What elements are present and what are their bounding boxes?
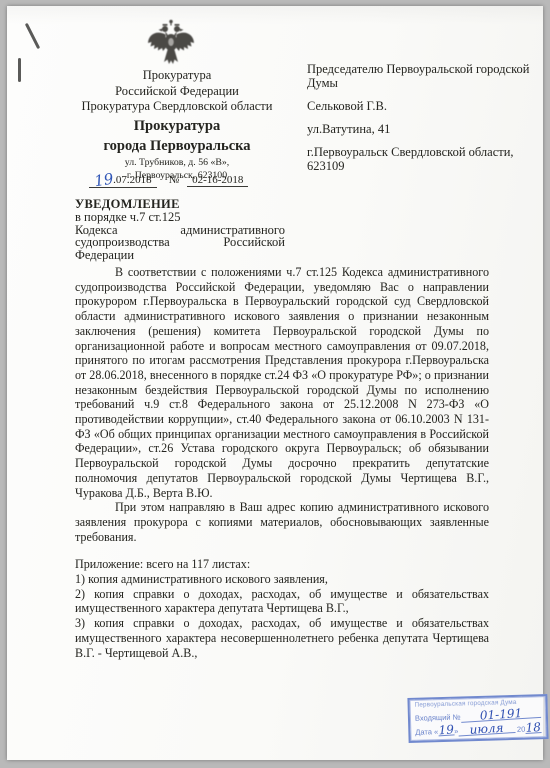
sender-org-line: Прокуратура xyxy=(55,68,299,84)
attachment-item: 1) копия административного искового заяв… xyxy=(75,572,489,587)
attachments-list: Приложение: всего на 117 листах: 1) копи… xyxy=(75,557,489,660)
stamp-org-name: Первоуральская городская Дума xyxy=(415,698,541,709)
attachment-item: 3) копия справки о доходах, расходах, об… xyxy=(75,616,489,660)
ref-date: .07.2018 xyxy=(113,174,152,186)
stamp-incoming-label: Входящий № xyxy=(415,712,461,722)
recipient-block: Председателю Первоуральской городской Ду… xyxy=(307,62,535,182)
handwritten-day: 19 xyxy=(93,170,114,190)
sender-name-line: Прокуратура xyxy=(55,117,299,135)
scanned-document: Прокуратура Российской Федерации Прокура… xyxy=(0,0,550,768)
recipient-city: г.Первоуральск Свердловской области, 623… xyxy=(307,145,535,173)
document-body: В соответствии с положениями ч.7 ст.125 … xyxy=(75,265,489,660)
attachment-item: 2) копия справки о доходах, расходах, об… xyxy=(75,587,489,616)
recipient-name: Сельковой Г.В. xyxy=(307,99,535,113)
title-word: УВЕДОМЛЕНИЕ xyxy=(75,198,285,211)
attachments-heading: Приложение: всего на 117 листах: xyxy=(75,557,489,572)
body-paragraph-1: В соответствии с положениями ч.7 ст.125 … xyxy=(75,265,489,500)
ref-number: 02-16-2018 xyxy=(187,174,248,187)
title-basis: в порядке ч.7 ст.125 xyxy=(75,211,285,224)
stamp-date-day-handwritten: 19 xyxy=(438,725,455,736)
stamp-year-handwritten: 18 xyxy=(525,723,542,734)
document-title: УВЕДОМЛЕНИЕ в порядке ч.7 ст.125 Кодекса… xyxy=(75,198,285,262)
number-sign: № xyxy=(169,174,180,186)
sender-org-line: Российской Федерации xyxy=(55,84,299,100)
incoming-registration-stamp: Первоуральская городская Дума Входящий №… xyxy=(407,694,548,743)
reference-line: 19.07.2018№02-16-2018 xyxy=(89,169,248,188)
stamp-date-month-handwritten: июля xyxy=(458,723,515,737)
pen-mark-vertical xyxy=(18,58,21,82)
sender-name-line: города Первоуральска xyxy=(55,137,299,155)
stamp-date-label: Дата « xyxy=(415,727,438,737)
recipient-street: ул.Ватутина, 41 xyxy=(307,122,535,136)
sender-letterhead: Прокуратура Российской Федерации Прокура… xyxy=(55,68,299,182)
document-page: Прокуратура Российской Федерации Прокура… xyxy=(7,6,543,760)
title-code: Кодекса административного судопроизводст… xyxy=(75,224,285,262)
body-paragraph-2: При этом направляю в Ваш адрес копию адм… xyxy=(75,500,489,544)
pen-mark-diagonal xyxy=(25,23,40,49)
sender-org-line: Прокуратура Свердловской области xyxy=(55,99,299,115)
coat-of-arms-icon xyxy=(146,18,196,68)
recipient-title: Председателю Первоуральской городской Ду… xyxy=(307,62,535,90)
sender-address-line: ул. Трубников, д. 56 «В», xyxy=(55,157,299,169)
